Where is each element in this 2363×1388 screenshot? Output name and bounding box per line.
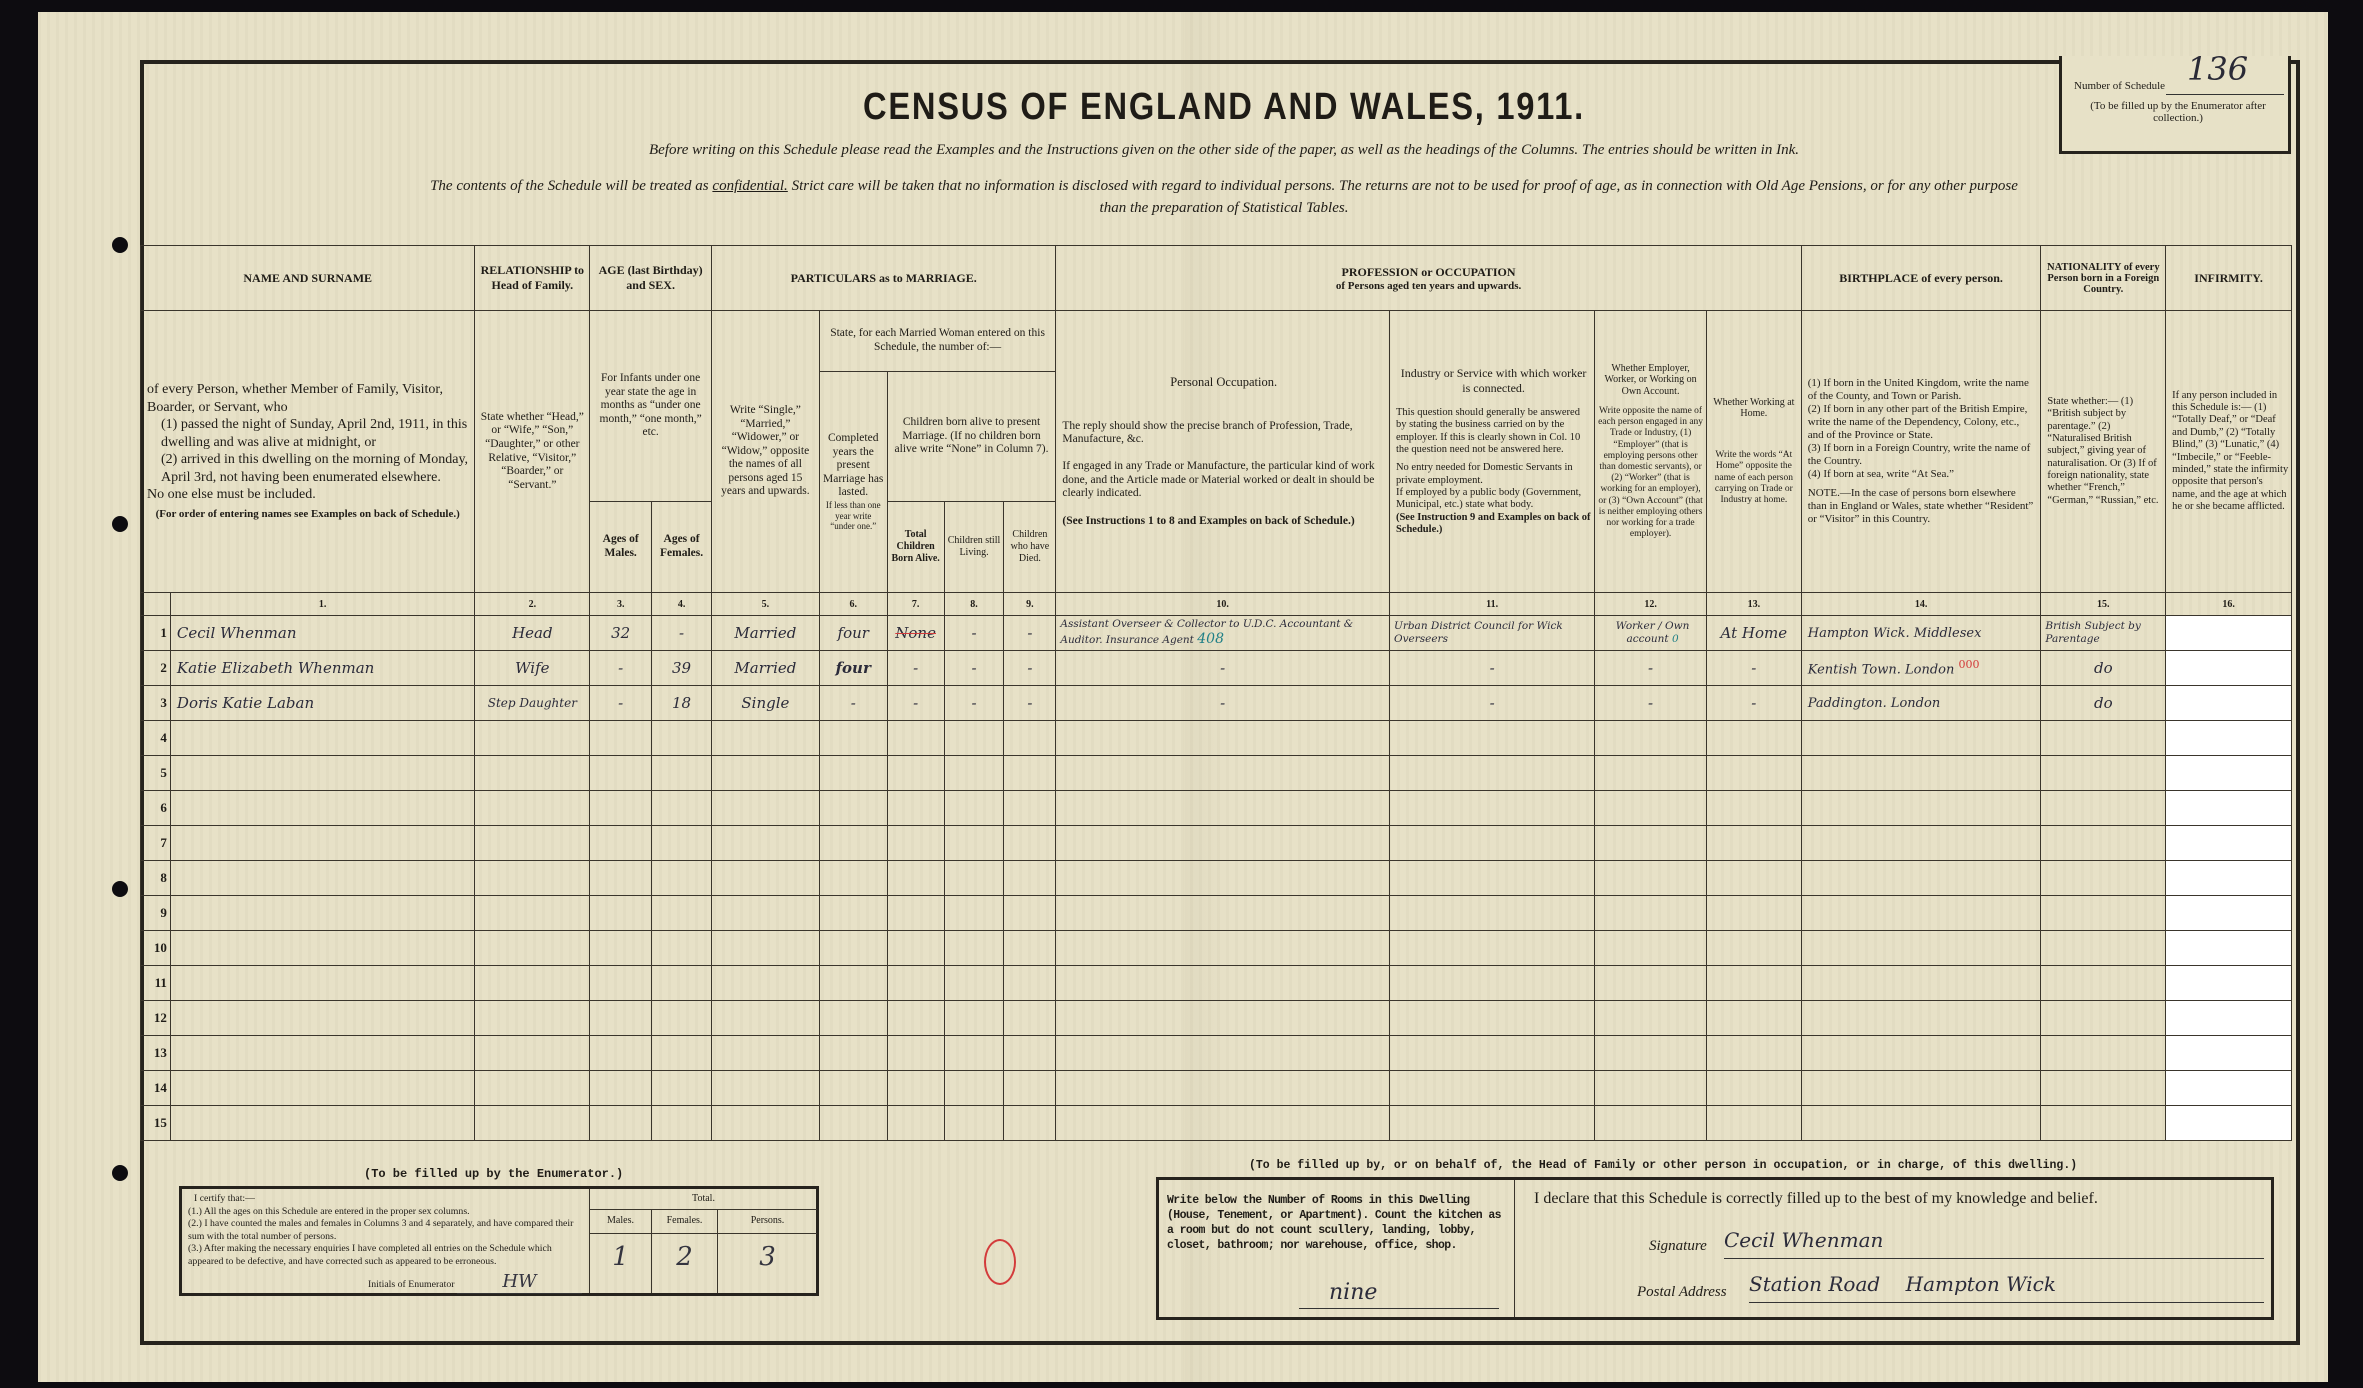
- cell-industry[interactable]: [1389, 1106, 1594, 1141]
- row-number: 4: [141, 721, 171, 756]
- cell-birthplace[interactable]: [1801, 1106, 2041, 1141]
- cell-born-alive[interactable]: [887, 861, 944, 896]
- birthplace-code: 000: [1958, 658, 1979, 671]
- cell-industry[interactable]: -: [1389, 651, 1594, 686]
- cell-birthplace[interactable]: Paddington. London: [1801, 686, 2041, 721]
- cell-industry[interactable]: [1389, 896, 1594, 931]
- cell-birthplace[interactable]: Hampton Wick. Middlesex: [1801, 616, 2041, 651]
- cell-name[interactable]: [170, 756, 474, 791]
- cell-relationship[interactable]: [475, 1071, 590, 1106]
- colnum-4: 4.: [652, 593, 712, 616]
- cell-age-females[interactable]: -: [652, 616, 712, 651]
- cell-home[interactable]: [1706, 1036, 1801, 1071]
- cell-years-married[interactable]: [819, 756, 887, 791]
- cell-relationship[interactable]: [475, 1036, 590, 1071]
- cell-home[interactable]: [1706, 861, 1801, 896]
- certify-item-3: (3.) After making the necessary enquirie…: [188, 1243, 588, 1268]
- cell-infirmity[interactable]: [2166, 826, 2292, 861]
- cell-name[interactable]: [170, 1106, 474, 1141]
- cell-condition[interactable]: [712, 896, 820, 931]
- cell-died[interactable]: [1004, 931, 1056, 966]
- cell-industry[interactable]: [1389, 721, 1594, 756]
- cell-relationship[interactable]: [475, 966, 590, 1001]
- cell-home[interactable]: [1706, 1001, 1801, 1036]
- cell-died[interactable]: [1004, 721, 1056, 756]
- cell-nationality[interactable]: [2041, 896, 2166, 931]
- cell-born-alive[interactable]: [887, 791, 944, 826]
- cell-condition[interactable]: Married: [712, 616, 820, 651]
- cell-employer[interactable]: [1595, 861, 1707, 896]
- cell-industry[interactable]: [1389, 1071, 1594, 1106]
- confidential-line-2: than the preparation of Statistical Tabl…: [144, 200, 2304, 217]
- cell-age-males[interactable]: [590, 861, 652, 896]
- cell-industry[interactable]: [1389, 931, 1594, 966]
- cell-years-married[interactable]: [819, 931, 887, 966]
- desc-ages-males: Ages of Males.: [590, 502, 652, 593]
- cell-name[interactable]: [170, 791, 474, 826]
- cell-relationship[interactable]: [475, 896, 590, 931]
- cell-still-living[interactable]: -: [944, 686, 1004, 721]
- cell-died[interactable]: [1004, 826, 1056, 861]
- cell-employer[interactable]: Worker / Own account 0: [1595, 616, 1707, 651]
- cell-nationality[interactable]: do: [2041, 686, 2166, 721]
- cell-birthplace[interactable]: [1801, 721, 2041, 756]
- cell-employer[interactable]: [1595, 1036, 1707, 1071]
- cell-home[interactable]: [1706, 931, 1801, 966]
- census-form: CENSUS OF ENGLAND AND WALES, 1911. Befor…: [140, 60, 2300, 1345]
- cell-relationship[interactable]: [475, 721, 590, 756]
- cell-died[interactable]: -: [1004, 686, 1056, 721]
- cell-home[interactable]: [1706, 966, 1801, 1001]
- cell-occupation[interactable]: [1056, 826, 1390, 861]
- cell-age-males[interactable]: [590, 931, 652, 966]
- row-number: 10: [141, 931, 171, 966]
- industry-desc-1: This question should generally be answer…: [1396, 407, 1591, 457]
- cell-occupation[interactable]: [1056, 1106, 1390, 1141]
- cell-still-living[interactable]: -: [944, 616, 1004, 651]
- desc-employer: Whether Employer, Worker, or Working on …: [1595, 311, 1707, 593]
- cell-infirmity[interactable]: [2166, 616, 2292, 651]
- cell-born-alive[interactable]: -: [887, 686, 944, 721]
- cell-still-living[interactable]: -: [944, 651, 1004, 686]
- cell-industry[interactable]: [1389, 861, 1594, 896]
- confidential-suffix: Strict care will be taken that no inform…: [788, 178, 2018, 194]
- cell-age-males[interactable]: [590, 791, 652, 826]
- cell-age-males[interactable]: [590, 826, 652, 861]
- cell-birthplace[interactable]: [1801, 966, 2041, 1001]
- industry-desc-3: If employed by a public body (Government…: [1396, 487, 1591, 512]
- cell-name[interactable]: [170, 966, 474, 1001]
- cell-still-living[interactable]: [944, 721, 1004, 756]
- cell-birthplace[interactable]: [1801, 791, 2041, 826]
- cell-nationality[interactable]: [2041, 791, 2166, 826]
- cell-still-living[interactable]: [944, 756, 1004, 791]
- cell-name[interactable]: [170, 721, 474, 756]
- cell-still-living[interactable]: [944, 791, 1004, 826]
- cell-age-females[interactable]: [652, 966, 712, 1001]
- desc-died: Children who have Died.: [1004, 502, 1056, 593]
- cell-age-males[interactable]: [590, 896, 652, 931]
- cell-age-females[interactable]: [652, 1036, 712, 1071]
- cell-condition[interactable]: [712, 1071, 820, 1106]
- cell-condition[interactable]: [712, 756, 820, 791]
- birthplace-desc-3: (3) If born in a Foreign Country, write …: [1808, 442, 2037, 468]
- years-note: If less than one year write “under one.”: [822, 500, 885, 532]
- cell-home[interactable]: [1706, 1106, 1801, 1141]
- cell-years-married[interactable]: [819, 1001, 887, 1036]
- schedule-number-box: Number of Schedule 136 (To be filled up …: [2059, 56, 2291, 154]
- cell-home[interactable]: -: [1706, 686, 1801, 721]
- cell-employer[interactable]: -: [1595, 686, 1707, 721]
- cell-condition[interactable]: Single: [712, 686, 820, 721]
- cell-years-married[interactable]: [819, 966, 887, 1001]
- cell-relationship[interactable]: [475, 931, 590, 966]
- males-label: Males.: [590, 1209, 651, 1234]
- cell-relationship[interactable]: Step Daughter: [475, 686, 590, 721]
- cell-relationship[interactable]: Head: [475, 616, 590, 651]
- cell-employer[interactable]: [1595, 1071, 1707, 1106]
- cell-years-married[interactable]: four: [819, 651, 887, 686]
- colnum-7: 7.: [887, 593, 944, 616]
- home-header: Whether Working at Home.: [1709, 397, 1799, 421]
- cell-age-males[interactable]: [590, 1001, 652, 1036]
- cell-employer[interactable]: [1595, 791, 1707, 826]
- cell-industry[interactable]: Urban District Council for Wick Overseer…: [1389, 616, 1594, 651]
- cell-infirmity[interactable]: [2166, 791, 2292, 826]
- cell-age-males[interactable]: [590, 1071, 652, 1106]
- cell-relationship[interactable]: [475, 756, 590, 791]
- years-desc: Completed years the present Marriage has…: [822, 432, 885, 500]
- column-number-row: 1. 2. 3. 4. 5. 6. 7. 8. 9. 10. 11. 12. 1…: [141, 593, 2292, 616]
- enumerator-title: (To be filled up by the Enumerator.): [364, 1167, 623, 1181]
- cell-condition[interactable]: [712, 861, 820, 896]
- cell-age-females[interactable]: [652, 1071, 712, 1106]
- cell-birthplace[interactable]: [1801, 1036, 2041, 1071]
- cell-age-females[interactable]: [652, 756, 712, 791]
- cell-nationality[interactable]: [2041, 931, 2166, 966]
- cell-nationality[interactable]: [2041, 1071, 2166, 1106]
- cell-home[interactable]: -: [1706, 651, 1801, 686]
- cell-occupation[interactable]: -: [1056, 651, 1390, 686]
- cell-age-females[interactable]: [652, 931, 712, 966]
- cell-industry[interactable]: -: [1389, 686, 1594, 721]
- cell-home[interactable]: [1706, 721, 1801, 756]
- cell-nationality[interactable]: [2041, 721, 2166, 756]
- desc-name-2: (2) arrived in this dwelling on the morn…: [147, 451, 468, 486]
- cell-home[interactable]: [1706, 826, 1801, 861]
- header-age: AGE (last Birthday) and SEX.: [590, 246, 712, 311]
- persons-value[interactable]: 3: [718, 1234, 817, 1272]
- desc-birthplace: (1) If born in the United Kingdom, write…: [1801, 311, 2041, 593]
- cell-industry[interactable]: [1389, 1001, 1594, 1036]
- cell-relationship[interactable]: [475, 1001, 590, 1036]
- cell-employer[interactable]: [1595, 1106, 1707, 1141]
- cell-died[interactable]: [1004, 756, 1056, 791]
- cell-condition[interactable]: [712, 826, 820, 861]
- cell-infirmity[interactable]: [2166, 756, 2292, 791]
- cell-birthplace[interactable]: [1801, 756, 2041, 791]
- cell-age-females[interactable]: [652, 721, 712, 756]
- cell-condition[interactable]: [712, 721, 820, 756]
- desc-children: Children born alive to present Marriage.…: [887, 372, 1056, 502]
- cell-occupation[interactable]: Assistant Overseer & Collector to U.D.C.…: [1056, 616, 1390, 651]
- address-value[interactable]: Station Road Hampton Wick: [1749, 1272, 2056, 1296]
- cell-infirmity[interactable]: [2166, 861, 2292, 896]
- cell-occupation[interactable]: [1056, 1001, 1390, 1036]
- cell-years-married[interactable]: four: [819, 616, 887, 651]
- schedule-underline: [2166, 94, 2284, 95]
- birthplace-note: NOTE.—In the case of persons born elsewh…: [1808, 487, 2037, 526]
- cell-still-living[interactable]: [944, 966, 1004, 1001]
- cell-age-females[interactable]: [652, 1106, 712, 1141]
- row-number: 5: [141, 756, 171, 791]
- cell-relationship[interactable]: Wife: [475, 651, 590, 686]
- cell-born-alive[interactable]: [887, 756, 944, 791]
- desc-age: For Infants under one year state the age…: [590, 311, 712, 502]
- cell-relationship[interactable]: [475, 861, 590, 896]
- cell-condition[interactable]: [712, 966, 820, 1001]
- table-row: 2 Katie Elizabeth Whenman Wife - 39 Marr…: [141, 651, 2292, 686]
- cell-infirmity[interactable]: [2166, 1106, 2292, 1141]
- cell-industry[interactable]: [1389, 826, 1594, 861]
- rooms-section: Write below the Number of Rooms in this …: [1159, 1180, 1515, 1317]
- cell-birthplace[interactable]: [1801, 896, 2041, 931]
- cell-age-males[interactable]: [590, 721, 652, 756]
- cell-years-married[interactable]: [819, 1106, 887, 1141]
- cell-nationality[interactable]: [2041, 756, 2166, 791]
- cell-relationship[interactable]: [475, 1106, 590, 1141]
- cell-still-living[interactable]: [944, 931, 1004, 966]
- cell-infirmity[interactable]: [2166, 966, 2292, 1001]
- cell-born-alive[interactable]: [887, 721, 944, 756]
- cell-died[interactable]: -: [1004, 616, 1056, 651]
- cell-birthplace[interactable]: Kentish Town. London 000: [1801, 651, 2041, 686]
- punch-hole: [112, 237, 128, 253]
- cell-industry[interactable]: [1389, 791, 1594, 826]
- cell-home[interactable]: [1706, 896, 1801, 931]
- schedule-number[interactable]: 136: [2187, 50, 2248, 88]
- cell-age-females[interactable]: [652, 1001, 712, 1036]
- cell-occupation[interactable]: [1056, 721, 1390, 756]
- cell-born-alive[interactable]: None: [887, 616, 944, 651]
- cell-died[interactable]: [1004, 966, 1056, 1001]
- cell-born-alive[interactable]: [887, 931, 944, 966]
- cell-born-alive[interactable]: [887, 1106, 944, 1141]
- colnum-6: 6.: [819, 593, 887, 616]
- cell-industry[interactable]: [1389, 966, 1594, 1001]
- cell-name[interactable]: [170, 1036, 474, 1071]
- cell-nationality[interactable]: [2041, 826, 2166, 861]
- cell-home[interactable]: [1706, 1071, 1801, 1106]
- cell-years-married[interactable]: [819, 896, 887, 931]
- cell-employer[interactable]: -: [1595, 651, 1707, 686]
- cell-birthplace[interactable]: [1801, 861, 2041, 896]
- cell-employer[interactable]: [1595, 756, 1707, 791]
- total-males: Males.1: [590, 1209, 652, 1293]
- cell-age-females[interactable]: [652, 791, 712, 826]
- cell-employer[interactable]: [1595, 896, 1707, 931]
- cell-died[interactable]: [1004, 1036, 1056, 1071]
- cell-infirmity[interactable]: [2166, 686, 2292, 721]
- cell-condition[interactable]: [712, 791, 820, 826]
- cell-employer[interactable]: [1595, 721, 1707, 756]
- cell-age-females[interactable]: [652, 896, 712, 931]
- cell-name[interactable]: [170, 826, 474, 861]
- cell-died[interactable]: [1004, 791, 1056, 826]
- cell-employer[interactable]: [1595, 826, 1707, 861]
- cell-born-alive[interactable]: [887, 1071, 944, 1106]
- enumerator-totals: Total. Males.1 Females.2 Persons.3: [589, 1189, 817, 1293]
- cell-infirmity[interactable]: [2166, 1071, 2292, 1106]
- cell-died[interactable]: [1004, 896, 1056, 931]
- cell-age-males[interactable]: -: [590, 651, 652, 686]
- cell-infirmity[interactable]: [2166, 896, 2292, 931]
- colnum-8: 8.: [944, 593, 1004, 616]
- cell-occupation[interactable]: [1056, 1071, 1390, 1106]
- cell-occupation[interactable]: [1056, 756, 1390, 791]
- cell-birthplace[interactable]: [1801, 826, 2041, 861]
- cell-born-alive[interactable]: [887, 966, 944, 1001]
- cell-age-males[interactable]: [590, 1036, 652, 1071]
- cell-age-females[interactable]: 18: [652, 686, 712, 721]
- cell-nationality[interactable]: [2041, 861, 2166, 896]
- cell-years-married[interactable]: [819, 826, 887, 861]
- cell-condition[interactable]: [712, 931, 820, 966]
- cell-birthplace[interactable]: [1801, 1071, 2041, 1106]
- cell-occupation[interactable]: [1056, 791, 1390, 826]
- cell-years-married[interactable]: -: [819, 686, 887, 721]
- cell-still-living[interactable]: [944, 896, 1004, 931]
- females-value[interactable]: 2: [652, 1234, 717, 1272]
- cell-died[interactable]: [1004, 861, 1056, 896]
- rooms-value[interactable]: nine: [1329, 1280, 1377, 1305]
- cell-name[interactable]: [170, 896, 474, 931]
- cell-home[interactable]: [1706, 756, 1801, 791]
- cell-age-males[interactable]: [590, 1106, 652, 1141]
- address-label: Postal Address: [1637, 1284, 1727, 1301]
- cell-age-females[interactable]: [652, 826, 712, 861]
- cell-nationality[interactable]: [2041, 1036, 2166, 1071]
- cell-relationship[interactable]: [475, 791, 590, 826]
- cell-condition[interactable]: [712, 1036, 820, 1071]
- cell-employer[interactable]: [1595, 966, 1707, 1001]
- cell-name[interactable]: [170, 931, 474, 966]
- initials-value[interactable]: HW: [457, 1270, 582, 1294]
- cell-occupation[interactable]: [1056, 1036, 1390, 1071]
- cell-occupation[interactable]: [1056, 966, 1390, 1001]
- head-of-family-box: Write below the Number of Rooms in this …: [1156, 1177, 2274, 1320]
- desc-married-woman: State, for each Married Woman entered on…: [819, 311, 1056, 372]
- cell-years-married[interactable]: [819, 721, 887, 756]
- signature-value[interactable]: Cecil Whenman: [1724, 1228, 1883, 1252]
- cell-years-married[interactable]: [819, 1071, 887, 1106]
- cell-infirmity[interactable]: [2166, 931, 2292, 966]
- cell-nationality[interactable]: [2041, 966, 2166, 1001]
- cell-years-married[interactable]: [819, 791, 887, 826]
- cell-condition[interactable]: Married: [712, 651, 820, 686]
- row-number: 14: [141, 1071, 171, 1106]
- cell-name[interactable]: Doris Katie Laban: [170, 686, 474, 721]
- cell-name[interactable]: [170, 861, 474, 896]
- cell-condition[interactable]: [712, 1001, 820, 1036]
- cell-age-males[interactable]: 32: [590, 616, 652, 651]
- cell-still-living[interactable]: [944, 1001, 1004, 1036]
- cell-occupation[interactable]: -: [1056, 686, 1390, 721]
- cell-employer[interactable]: [1595, 931, 1707, 966]
- cell-infirmity[interactable]: [2166, 1036, 2292, 1071]
- cell-nationality[interactable]: British Subject by Parentage: [2041, 616, 2166, 651]
- cell-still-living[interactable]: [944, 1036, 1004, 1071]
- cell-born-alive[interactable]: [887, 896, 944, 931]
- cell-nationality[interactable]: do: [2041, 651, 2166, 686]
- cell-years-married[interactable]: [819, 1036, 887, 1071]
- cell-infirmity[interactable]: [2166, 651, 2292, 686]
- cell-name[interactable]: Katie Elizabeth Whenman: [170, 651, 474, 686]
- cell-still-living[interactable]: [944, 1071, 1004, 1106]
- cell-age-males[interactable]: -: [590, 686, 652, 721]
- cell-died[interactable]: [1004, 1071, 1056, 1106]
- cell-name[interactable]: Cecil Whenman: [170, 616, 474, 651]
- cell-age-males[interactable]: [590, 756, 652, 791]
- cell-nationality[interactable]: [2041, 1001, 2166, 1036]
- cell-relationship[interactable]: [475, 826, 590, 861]
- cell-died[interactable]: -: [1004, 651, 1056, 686]
- cell-age-females[interactable]: 39: [652, 651, 712, 686]
- males-value[interactable]: 1: [590, 1234, 651, 1272]
- cell-occupation[interactable]: [1056, 896, 1390, 931]
- desc-relationship: State whether “Head,” or “Wife,” “Son,” …: [475, 311, 590, 593]
- desc-name: of every Person, whether Member of Famil…: [141, 311, 475, 593]
- cell-nationality[interactable]: [2041, 1106, 2166, 1141]
- cell-born-alive[interactable]: [887, 1001, 944, 1036]
- row-number: 3: [141, 686, 171, 721]
- cell-infirmity[interactable]: [2166, 721, 2292, 756]
- colnum-11: 11.: [1389, 593, 1594, 616]
- cell-died[interactable]: [1004, 1001, 1056, 1036]
- cell-name[interactable]: [170, 1001, 474, 1036]
- cell-condition[interactable]: [712, 1106, 820, 1141]
- cell-home[interactable]: [1706, 791, 1801, 826]
- cell-name[interactable]: [170, 1071, 474, 1106]
- cell-born-alive[interactable]: [887, 1036, 944, 1071]
- cell-employer[interactable]: [1595, 1001, 1707, 1036]
- cell-birthplace[interactable]: [1801, 931, 2041, 966]
- colnum-2: 2.: [475, 593, 590, 616]
- cell-age-females[interactable]: [652, 861, 712, 896]
- cell-still-living[interactable]: [944, 861, 1004, 896]
- cell-occupation[interactable]: [1056, 931, 1390, 966]
- rooms-instruction: Write below the Number of Rooms in this …: [1167, 1194, 1507, 1254]
- cell-born-alive[interactable]: [887, 826, 944, 861]
- cell-industry[interactable]: [1389, 1036, 1594, 1071]
- cell-still-living[interactable]: [944, 826, 1004, 861]
- cell-years-married[interactable]: [819, 861, 887, 896]
- row-number: 2: [141, 651, 171, 686]
- cell-born-alive[interactable]: -: [887, 651, 944, 686]
- cell-age-males[interactable]: [590, 966, 652, 1001]
- cell-died[interactable]: [1004, 1106, 1056, 1141]
- desc-home: Whether Working at Home. Write the words…: [1706, 311, 1801, 593]
- colnum-16: 16.: [2166, 593, 2292, 616]
- punch-hole: [112, 881, 128, 897]
- desc-name-4: (For order of entering names see Example…: [147, 508, 468, 522]
- cell-home[interactable]: At Home: [1706, 616, 1801, 651]
- cell-occupation[interactable]: [1056, 861, 1390, 896]
- cell-industry[interactable]: [1389, 756, 1594, 791]
- cell-still-living[interactable]: [944, 1106, 1004, 1141]
- cell-infirmity[interactable]: [2166, 1001, 2292, 1036]
- cell-birthplace[interactable]: [1801, 1001, 2041, 1036]
